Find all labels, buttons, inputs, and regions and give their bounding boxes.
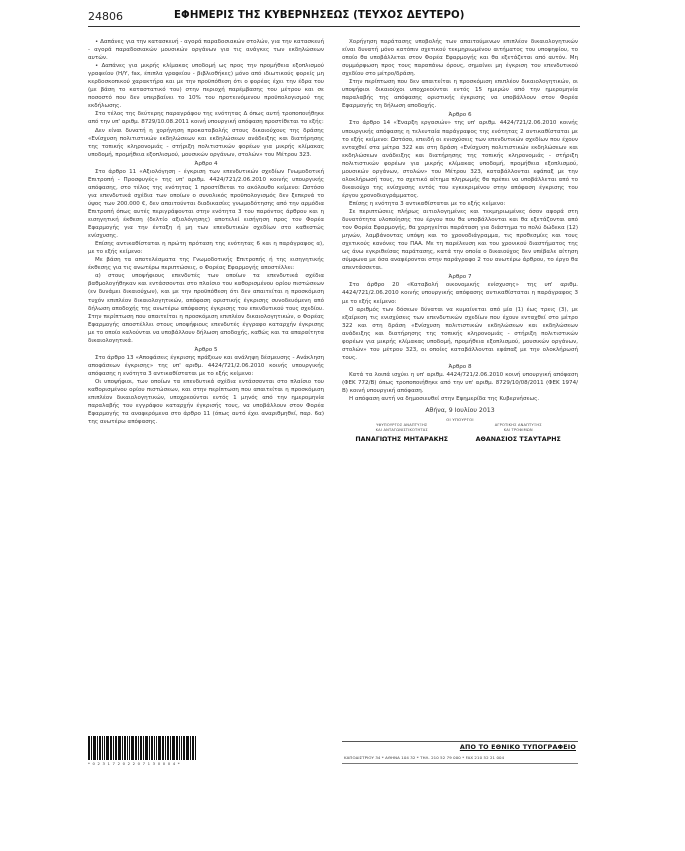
paragraph: Κατά τα λοιπά ισχύει η υπ' αριθμ. 4424/7… bbox=[342, 371, 578, 395]
printer-title: ΑΠΟ ΤΟ ΕΘΝΙΚΟ ΤΥΠΟΓΡΑΦΕΙΟ bbox=[460, 743, 576, 751]
left-column: • Δαπάνες για την κατασκευή - αγορά παρα… bbox=[88, 38, 324, 426]
paragraph: Η απόφαση αυτή να δημοσιευθεί στην Εφημε… bbox=[342, 395, 578, 403]
paragraph: Δεν είναι δυνατή η χορήγηση προκαταβολής… bbox=[88, 127, 324, 159]
article-heading: Άρθρο 7 bbox=[342, 273, 578, 281]
paragraph: Με βάση τα αποτελέσματα της Γνωμοδοτικής… bbox=[88, 256, 324, 272]
signatory-right: ΑΓΡΟΤΙΚΗΣ ΑΝΑΠΤΥΞΗΣ ΚΑΙ ΤΡΟΦΙΜΩΝ ΑΘΑΝΑΣΙ… bbox=[464, 423, 572, 444]
paragraph: Ο αριθμός των δόσεων δύναται να κυμαίνετ… bbox=[342, 306, 578, 362]
barcode-bars bbox=[88, 736, 220, 760]
signing-date: Αθήνα, 9 Ιουλίου 2013 bbox=[342, 406, 578, 416]
printer-imprint: ΑΠΟ ΤΟ ΕΘΝΙΚΟ ΤΥΠΟΓΡΑΦΕΙΟ ΚΑΠΟΔΙΣΤΡΙΟΥ 3… bbox=[342, 741, 578, 771]
paragraph: Οι υποψήφιοι, των οποίων τα επενδυτικά σ… bbox=[88, 378, 324, 426]
right-column: Χορήγηση παράτασης υποβολής των απαιτούμ… bbox=[342, 38, 578, 444]
gazette-title: ΕΦΗΜΕΡΙΣ ΤΗΣ ΚΥΒΕΡΝΗΣΕΩΣ (ΤΕΥΧΟΣ ΔΕΥΤΕΡΟ… bbox=[174, 10, 465, 21]
paragraph: α) στους υποψήφιους επενδυτές των οποίων… bbox=[88, 272, 324, 344]
paragraph: Στο τέλος της δεύτερης παραγράφου της εν… bbox=[88, 110, 324, 126]
signatory-name: ΑΘΑΝΑΣΙΟΣ ΤΣΑΥΤΑΡΗΣ bbox=[464, 435, 572, 444]
signatory-name: ΠΑΝΑΓΙΩΤΗΣ ΜΗΤΑΡΑΚΗΣ bbox=[348, 435, 456, 444]
paragraph: Στο άρθρο 20 «Καταβολή οικονομικής ενίσχ… bbox=[342, 281, 578, 305]
paragraph: Στην περίπτωση που δεν απαιτείται η προσ… bbox=[342, 78, 578, 110]
signatory-left: ΥΦΥΠΟΥΡΓΟΣ ΑΝΑΠΤΥΞΗΣ ΚΑΙ ΑΝΤΑΓΩΝΙΣΤΙΚΟΤΗ… bbox=[348, 423, 456, 444]
paragraph: Στο άρθρο 13 «Αποφάσεις έγκρισης πράξεων… bbox=[88, 354, 324, 378]
barcode-number: *02317202207130004* bbox=[88, 761, 220, 766]
paragraph: Επίσης αντικαθίσταται η πρώτη πρόταση τη… bbox=[88, 240, 324, 256]
page-number: 24806 bbox=[88, 10, 123, 23]
article-heading: Άρθρο 5 bbox=[88, 346, 324, 354]
signatory-title: ΚΑΙ ΑΝΤΑΓΩΝΙΣΤΙΚΟΤΗΤΑΣ bbox=[348, 428, 456, 433]
signature-block: Αθήνα, 9 Ιουλίου 2013 ΟΙ ΥΠΟΥΡΓΟΙ ΥΦΥΠΟΥ… bbox=[342, 406, 578, 444]
paragraph: Στο άρθρο 11 «Αξιολόγηση - έγκριση των ε… bbox=[88, 168, 324, 240]
article-heading: Άρθρο 4 bbox=[88, 160, 324, 168]
gazette-page: 24806 ΕΦΗΜΕΡΙΣ ΤΗΣ ΚΥΒΕΡΝΗΣΕΩΣ (ΤΕΥΧΟΣ Δ… bbox=[0, 0, 685, 851]
paragraph: Χορήγηση παράτασης υποβολής των απαιτούμ… bbox=[342, 38, 578, 78]
paragraph: • Δαπάνες για μικρής κλίμακας υποδομή ως… bbox=[88, 62, 324, 110]
divider bbox=[342, 763, 578, 764]
page-header: 24806 ΕΦΗΜΕΡΙΣ ΤΗΣ ΚΥΒΕΡΝΗΣΕΩΣ (ΤΕΥΧΟΣ Δ… bbox=[88, 10, 580, 27]
article-heading: Άρθρο 6 bbox=[342, 111, 578, 119]
barcode: *02317202207130004* bbox=[88, 736, 220, 766]
article-heading: Άρθρο 8 bbox=[342, 363, 578, 371]
paragraph: Επίσης η ενότητα 3 αντικαθίσταται με το … bbox=[342, 200, 578, 208]
paragraph: • Δαπάνες για την κατασκευή - αγορά παρα… bbox=[88, 38, 324, 62]
paragraph: Στο άρθρο 14 «Έναρξη εργασιών» της υπ' α… bbox=[342, 119, 578, 199]
printer-address: ΚΑΠΟΔΙΣΤΡΙΟΥ 34 * ΑΘΗΝΑ 104 32 * ΤΗΛ. 21… bbox=[344, 755, 504, 760]
ministers-label: ΟΙ ΥΠΟΥΡΓΟΙ bbox=[342, 416, 578, 423]
paragraph: Σε περιπτώσεις πλήρως αιτιολογημένες και… bbox=[342, 208, 578, 272]
signatory-title: ΚΑΙ ΤΡΟΦΙΜΩΝ bbox=[464, 428, 572, 433]
divider bbox=[342, 741, 578, 742]
